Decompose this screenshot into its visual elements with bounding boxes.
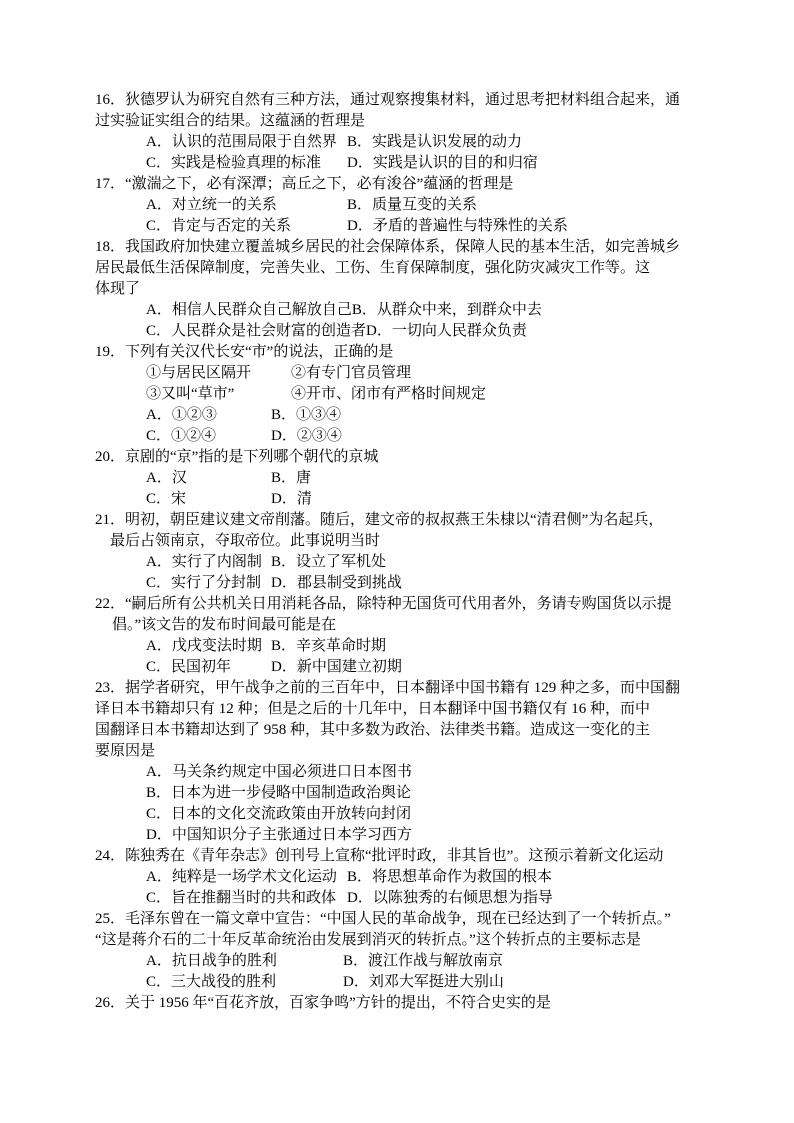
question-20-choice-row: C．宋D．清: [95, 489, 724, 510]
choice-right: D．清: [271, 489, 312, 510]
stem-text: 26．关于 1956 年“百花齐放，百家争鸣”方针的提出，不符合史实的是: [95, 995, 551, 1011]
question-23-stem-line-4: 要原因是: [95, 741, 724, 762]
stem-text: 16．狄德罗认为研究自然有三种方法，通过观察搜集材料，通过思考把材料组合起来，通: [95, 92, 680, 108]
stem-text: 20．京剧的“京”指的是下列哪个朝代的京城: [95, 449, 378, 465]
question-20: 20．京剧的“京”指的是下列哪个朝代的京城A．汉B．唐C．宋D．清: [95, 447, 724, 510]
question-23-stem-line-2: 译日本书籍却只有 12 种；但是之后的十几年中，日本翻译中国书籍仅有 16 种，…: [95, 699, 724, 720]
choice-right: B．辛亥革命时期: [271, 636, 386, 657]
choice-left: A．认识的范围局限于自然界: [146, 132, 347, 153]
choice-left: C．实践是检验真理的标准: [146, 153, 347, 174]
choice-left: A．纯粹是一场学术文化运动: [146, 867, 347, 888]
choice-right: B．实践是认识发展的动力: [347, 132, 522, 153]
question-22-stem-line-2: 倡。”该文告的发布时间最可能是在: [95, 615, 724, 636]
choice-right: B．质量互变的关系: [347, 195, 477, 216]
choice-left: A．对立统一的关系: [146, 195, 347, 216]
question-22-choice-row: A．戊戌变法时期B．辛亥革命时期: [95, 636, 724, 657]
question-20-stem-line-1: 20．京剧的“京”指的是下列哪个朝代的京城: [95, 447, 724, 468]
choice-left: A．①②③: [146, 405, 271, 426]
question-25-stem-line-2: “这是蒋介石的二十年反革命统治由发展到消灭的转折点。”这个转折点的主要标志是: [95, 930, 724, 951]
question-17-choice-row: A．对立统一的关系B．质量互变的关系: [95, 195, 724, 216]
question-24: 24．陈独秀在《青年杂志》创刊号上宣称“批评时政，非其旨也”。这预示着新文化运动…: [95, 846, 724, 909]
choice-text: B．日本为进一步侵略中国制造政治舆论: [146, 785, 411, 801]
choice-right: ②有专门官员管理: [291, 363, 411, 384]
question-22-choice-row: C．民国初年D．新中国建立初期: [95, 657, 724, 678]
stem-text: 25．毛泽东曾在一篇文章中宣告：“中国人民的革命战争，现在已经达到了一个转折点。…: [95, 911, 671, 927]
question-18-stem-line-3: 体现了: [95, 279, 724, 300]
question-16-stem-line-2: 过实验证实组合的结果。这蕴涵的哲理是: [95, 111, 724, 132]
question-19-choice-row: A．①②③B．①③④: [95, 405, 724, 426]
stem-text: 23．据学者研究，甲午战争之前的三百年中，日本翻译中国书籍有 129 种之多，而…: [95, 680, 680, 696]
choice-left: C．宋: [146, 489, 271, 510]
choice-right: D．以陈独秀的右倾思想为指导: [347, 888, 553, 909]
question-23-stem-line-1: 23．据学者研究，甲午战争之前的三百年中，日本翻译中国书籍有 129 种之多，而…: [95, 678, 724, 699]
stem-text: 居民最低生活保障制度，完善失业、工伤、生育保障制度，强化防灾减灾工作等。这: [95, 260, 650, 276]
question-19-choice-row: ①与居民区隔开②有专门官员管理: [95, 363, 724, 384]
choice-left: C．旨在推翻当时的共和政体: [146, 888, 347, 909]
choice-left: C．三大战役的胜利: [146, 972, 343, 993]
question-21-stem-line-2: 最后占领南京，夺取帝位。此事说明当时: [95, 531, 724, 552]
stem-text: 国翻译日本书籍却达到了 958 种，其中多数为政治、法律类书籍。造成这一变化的主: [95, 722, 650, 738]
stem-text: 18．我国政府加快建立覆盖城乡居民的社会保障体系，保障人民的基本生活，如完善城乡: [95, 239, 680, 255]
choice-left: C．民国初年: [146, 657, 271, 678]
question-17-stem-line-1: 17．“激湍之下，必有深潭；高丘之下，必有浚谷”蕴涵的哲理是: [95, 174, 724, 195]
choice-left: A．汉: [146, 468, 271, 489]
choice-left: A．抗日战争的胜利: [146, 951, 343, 972]
question-20-choice-row: A．汉B．唐: [95, 468, 724, 489]
choice-right: D．②③④: [271, 426, 342, 447]
question-23-stem-line-3: 国翻译日本书籍却达到了 958 种，其中多数为政治、法律类书籍。造成这一变化的主: [95, 720, 724, 741]
question-19-choice-row: ③又叫“草市”④开市、闭市有严格时间规定: [95, 384, 724, 405]
question-19: 19．下列有关汉代长安“市”的说法，正确的是①与居民区隔开②有专门官员管理③又叫…: [95, 342, 724, 447]
choice-left: C．实行了分封制: [146, 573, 271, 594]
stem-text: 24．陈独秀在《青年杂志》创刊号上宣称“批评时政，非其旨也”。这预示着新文化运动: [95, 848, 663, 864]
question-23: 23．据学者研究，甲午战争之前的三百年中，日本翻译中国书籍有 129 种之多，而…: [95, 678, 724, 846]
question-23-choice-line: A．马关条约规定中国必须进口日本图书: [95, 762, 724, 783]
choice-left: A．实行了内阁制: [146, 552, 271, 573]
choice-text: D．中国知识分子主张通过日本学习西方: [146, 827, 412, 843]
choice-right: B．唐: [271, 468, 311, 489]
stem-text: 译日本书籍却只有 12 种；但是之后的十几年中，日本翻译中国书籍仅有 16 种，…: [95, 701, 650, 717]
question-23-choice-line: C．日本的文化交流政策由开放转向封闭: [95, 804, 724, 825]
stem-text: 17．“激湍之下，必有深潭；高丘之下，必有浚谷”蕴涵的哲理是: [95, 176, 513, 192]
question-24-choice-row: A．纯粹是一场学术文化运动B．将思想革命作为救国的根本: [95, 867, 724, 888]
choice-right: B．①③④: [271, 405, 341, 426]
question-19-choice-row: C．①②④D．②③④: [95, 426, 724, 447]
choice-right: B．从群众中来，到群众中去: [352, 300, 542, 321]
choice-right: D．刘邓大军挺进大别山: [343, 972, 504, 993]
question-26-stem-line-1: 26．关于 1956 年“百花齐放，百家争鸣”方针的提出，不符合史实的是: [95, 993, 724, 1014]
choice-text: A．马关条约规定中国必须进口日本图书: [146, 764, 412, 780]
choice-left: A．相信人民群众自己解放自己: [146, 300, 352, 321]
question-21: 21．明初，朝臣建议建文帝削藩。随后，建文帝的叔叔燕王朱棣以“清君侧”为名起兵，…: [95, 510, 724, 594]
choice-left: C．人民群众是社会财富的创造者: [146, 321, 366, 342]
stem-text: 要原因是: [95, 743, 155, 759]
question-19-stem-line-1: 19．下列有关汉代长安“市”的说法，正确的是: [95, 342, 724, 363]
stem-text: “这是蒋介石的二十年反革命统治由发展到消灭的转折点。”这个转折点的主要标志是: [95, 932, 641, 948]
question-16-choice-row: C．实践是检验真理的标准D．实践是认识的目的和归宿: [95, 153, 724, 174]
choice-right: D．新中国建立初期: [271, 657, 402, 678]
question-25-choice-row: A．抗日战争的胜利B．渡江作战与解放南京: [95, 951, 724, 972]
stem-text: 体现了: [95, 281, 140, 297]
question-25: 25．毛泽东曾在一篇文章中宣告：“中国人民的革命战争，现在已经达到了一个转折点。…: [95, 909, 724, 993]
choice-right: D．郡县制受到挑战: [271, 573, 402, 594]
question-22-stem-line-1: 22．“嗣后所有公共机关日用消耗各品，除特种无国货可代用者外，务请专购国货以示提: [95, 594, 724, 615]
question-18: 18．我国政府加快建立覆盖城乡居民的社会保障体系，保障人民的基本生活，如完善城乡…: [95, 237, 724, 342]
stem-text: 过实验证实组合的结果。这蕴涵的哲理是: [95, 113, 365, 129]
choice-right: D．一切向人民群众负责: [366, 321, 527, 342]
question-22: 22．“嗣后所有公共机关日用消耗各品，除特种无国货可代用者外，务请专购国货以示提…: [95, 594, 724, 678]
question-24-choice-row: C．旨在推翻当时的共和政体D．以陈独秀的右倾思想为指导: [95, 888, 724, 909]
question-26: 26．关于 1956 年“百花齐放，百家争鸣”方针的提出，不符合史实的是: [95, 993, 724, 1014]
choice-right: B．渡江作战与解放南京: [343, 951, 503, 972]
question-23-choice-line: D．中国知识分子主张通过日本学习西方: [95, 825, 724, 846]
choice-right: D．实践是认识的目的和归宿: [347, 153, 538, 174]
questions-list: 16．狄德罗认为研究自然有三种方法，通过观察搜集材料，通过思考把材料组合起来，通…: [95, 90, 724, 1014]
choice-right: ④开市、闭市有严格时间规定: [291, 384, 486, 405]
stem-text: 倡。”该文告的发布时间最可能是在: [112, 617, 336, 633]
choice-left: C．肯定与否定的关系: [146, 216, 347, 237]
stem-text: 22．“嗣后所有公共机关日用消耗各品，除特种无国货可代用者外，务请专购国货以示提: [95, 596, 672, 612]
question-18-stem-line-2: 居民最低生活保障制度，完善失业、工伤、生育保障制度，强化防灾减灾工作等。这: [95, 258, 724, 279]
question-16: 16．狄德罗认为研究自然有三种方法，通过观察搜集材料，通过思考把材料组合起来，通…: [95, 90, 724, 174]
question-16-choice-row: A．认识的范围局限于自然界B．实践是认识发展的动力: [95, 132, 724, 153]
stem-text: 21．明初，朝臣建议建文帝削藩。随后，建文帝的叔叔燕王朱棣以“清君侧”为名起兵，: [95, 512, 663, 528]
choice-left: A．戊戌变法时期: [146, 636, 271, 657]
choice-right: B．将思想革命作为救国的根本: [347, 867, 552, 888]
exam-page: 16．狄德罗认为研究自然有三种方法，通过观察搜集材料，通过思考把材料组合起来，通…: [0, 0, 794, 1123]
question-23-choice-line: B．日本为进一步侵略中国制造政治舆论: [95, 783, 724, 804]
choice-right: B．设立了军机处: [271, 552, 386, 573]
stem-text: 最后占领南京，夺取帝位。此事说明当时: [110, 533, 380, 549]
question-17-choice-row: C．肯定与否定的关系D．矛盾的普遍性与特殊性的关系: [95, 216, 724, 237]
question-25-stem-line-1: 25．毛泽东曾在一篇文章中宣告：“中国人民的革命战争，现在已经达到了一个转折点。…: [95, 909, 724, 930]
question-16-stem-line-1: 16．狄德罗认为研究自然有三种方法，通过观察搜集材料，通过思考把材料组合起来，通: [95, 90, 724, 111]
question-25-choice-row: C．三大战役的胜利D．刘邓大军挺进大别山: [95, 972, 724, 993]
question-21-choice-row: A．实行了内阁制B．设立了军机处: [95, 552, 724, 573]
choice-text: C．日本的文化交流政策由开放转向封闭: [146, 806, 411, 822]
question-24-stem-line-1: 24．陈独秀在《青年杂志》创刊号上宣称“批评时政，非其旨也”。这预示着新文化运动: [95, 846, 724, 867]
question-18-choice-row: A．相信人民群众自己解放自己B．从群众中来，到群众中去: [95, 300, 724, 321]
question-21-stem-line-1: 21．明初，朝臣建议建文帝削藩。随后，建文帝的叔叔燕王朱棣以“清君侧”为名起兵，: [95, 510, 724, 531]
question-17: 17．“激湍之下，必有深潭；高丘之下，必有浚谷”蕴涵的哲理是A．对立统一的关系B…: [95, 174, 724, 237]
question-18-stem-line-1: 18．我国政府加快建立覆盖城乡居民的社会保障体系，保障人民的基本生活，如完善城乡: [95, 237, 724, 258]
stem-text: 19．下列有关汉代长安“市”的说法，正确的是: [95, 344, 393, 360]
choice-left: C．①②④: [146, 426, 271, 447]
choice-left: ①与居民区隔开: [146, 363, 291, 384]
question-18-choice-row: C．人民群众是社会财富的创造者D．一切向人民群众负责: [95, 321, 724, 342]
question-21-choice-row: C．实行了分封制D．郡县制受到挑战: [95, 573, 724, 594]
choice-right: D．矛盾的普遍性与特殊性的关系: [347, 216, 568, 237]
choice-left: ③又叫“草市”: [146, 384, 291, 405]
